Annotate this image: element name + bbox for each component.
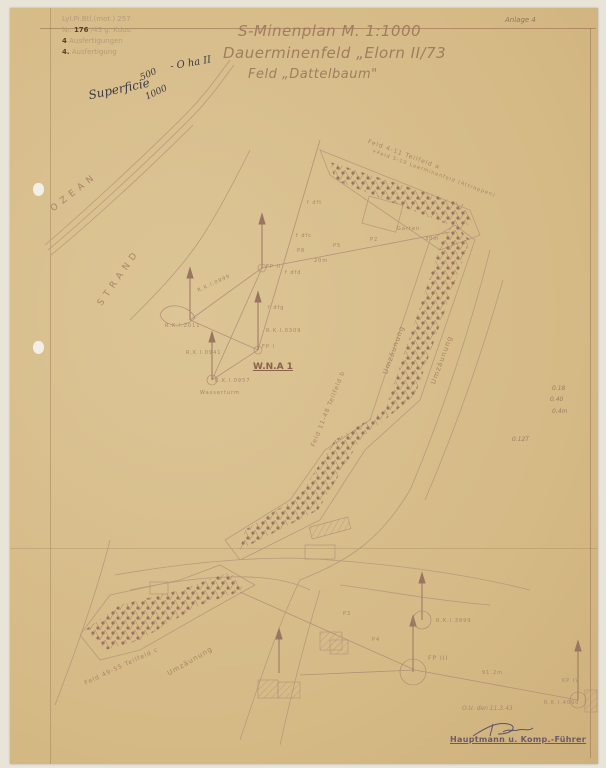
label-p3: P3 <box>343 611 351 617</box>
label-p5: P5 <box>333 243 341 249</box>
label-fp1: FP I <box>262 344 275 350</box>
label-azimuth-3: R.K.l.0309 <box>266 328 301 334</box>
label-distance-20: 20m <box>314 258 328 264</box>
coastline <box>45 60 230 245</box>
label-fix-dfd: f dfd <box>285 270 301 276</box>
label-garden: Garten <box>397 226 420 232</box>
label-fp3: FP III <box>428 655 448 662</box>
label-strongpoint: W.N.A 1 <box>253 362 293 372</box>
document-date: O.U. den 11.3.43 <box>462 705 513 712</box>
label-fp2: FP II <box>266 264 281 270</box>
label-tower: Wasserturm <box>200 390 240 396</box>
minefield-map-drawing <box>0 0 606 768</box>
label-azimuth-5: R.K.l.0957 <box>215 378 250 384</box>
label-azimuth-4: R.K.l.0941 <box>186 350 221 356</box>
minefield-b <box>240 225 470 550</box>
side-note-3: 0,4m <box>552 408 567 415</box>
label-azimuth-7: R.K.l.4090 <box>544 700 579 706</box>
signature-title: Hauptmann u. Komp.-Führer <box>450 735 586 744</box>
label-distance-91: 91.2m <box>482 670 503 676</box>
label-distance-30: 30m <box>425 236 439 242</box>
side-note-4: 0.12T <box>512 436 529 443</box>
label-fix-dfg: f dfg <box>268 305 284 311</box>
side-note-1: 0.18 <box>552 385 565 392</box>
side-note-2: 0.40 <box>550 396 563 403</box>
minefield-a <box>330 162 472 230</box>
label-fp4: KP IV <box>562 678 580 684</box>
label-azimuth-1: R.K.l.2011 <box>165 323 200 329</box>
label-fix-dfb: f dft <box>307 200 322 206</box>
label-fix-dfc: f dfc <box>296 233 312 239</box>
label-azimuth-6: R.K.l.3999 <box>436 618 471 624</box>
label-p8: P8 <box>297 248 305 254</box>
label-p4: P4 <box>372 637 380 643</box>
label-p2: P2 <box>370 237 378 243</box>
